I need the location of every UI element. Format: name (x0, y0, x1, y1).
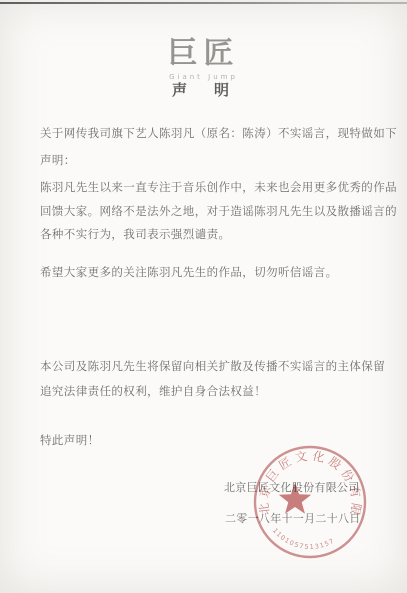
paragraph-line: 陈羽凡先生以来一直专注于音乐创作中，未来也会用更多优秀的作品 (40, 180, 397, 204)
company-logo: 巨匠 Giant Jump (0, 28, 407, 81)
paragraph-line: 各种不实行为，我司表示强烈谴责。 (40, 227, 397, 251)
paragraph-line: 关于网传我司旗下艺人陈羽凡（原名：陈涛）不实谣言，现特做如下 (40, 126, 397, 153)
paragraph-line: 声明： (40, 153, 397, 180)
document-title: 声 明 (0, 79, 407, 100)
paragraph-line: 希望大家更多的关注陈羽凡先生的作品，切勿听信谣言。 (40, 265, 338, 289)
star-icon (279, 483, 311, 514)
paragraph-legal: 本公司及陈羽凡先生将保留向相关扩散及传播不实谣言的主体保留 追究法律责任的权利，… (40, 359, 385, 409)
company-seal: 北京巨匠文化股份有限公司 1101057513157 (250, 442, 370, 562)
seal-ring-text: 北京巨匠文化股份有限公司 (250, 442, 364, 520)
paragraph-line: 本公司及陈羽凡先生将保留向相关扩散及传播不实谣言的主体保留 (40, 359, 385, 384)
paragraph-intro: 关于网传我司旗下艺人陈羽凡（原名：陈涛）不实谣言，现特做如下 声明： (40, 126, 397, 180)
statement-document: 巨匠 Giant Jump 声 明 关于网传我司旗下艺人陈羽凡（原名：陈涛）不实… (0, 0, 407, 593)
logo-wordmark: 巨匠 (0, 28, 407, 72)
paragraph-body: 陈羽凡先生以来一直专注于音乐创作中，未来也会用更多优秀的作品 回馈大家。网络不是… (40, 180, 397, 251)
closing-line: 特此声明！ (40, 432, 100, 448)
seal-ring (255, 447, 365, 557)
photo-top-edge-line (0, 2, 407, 4)
paragraph-appeal: 希望大家更多的关注陈羽凡先生的作品，切勿听信谣言。 (40, 265, 338, 289)
paragraph-line: 回馈大家。网络不是法外之地，对于造谣陈羽凡先生以及散播谣言的 (40, 204, 397, 228)
paragraph-line: 追究法律责任的权利，维护自身合法权益！ (40, 384, 385, 409)
